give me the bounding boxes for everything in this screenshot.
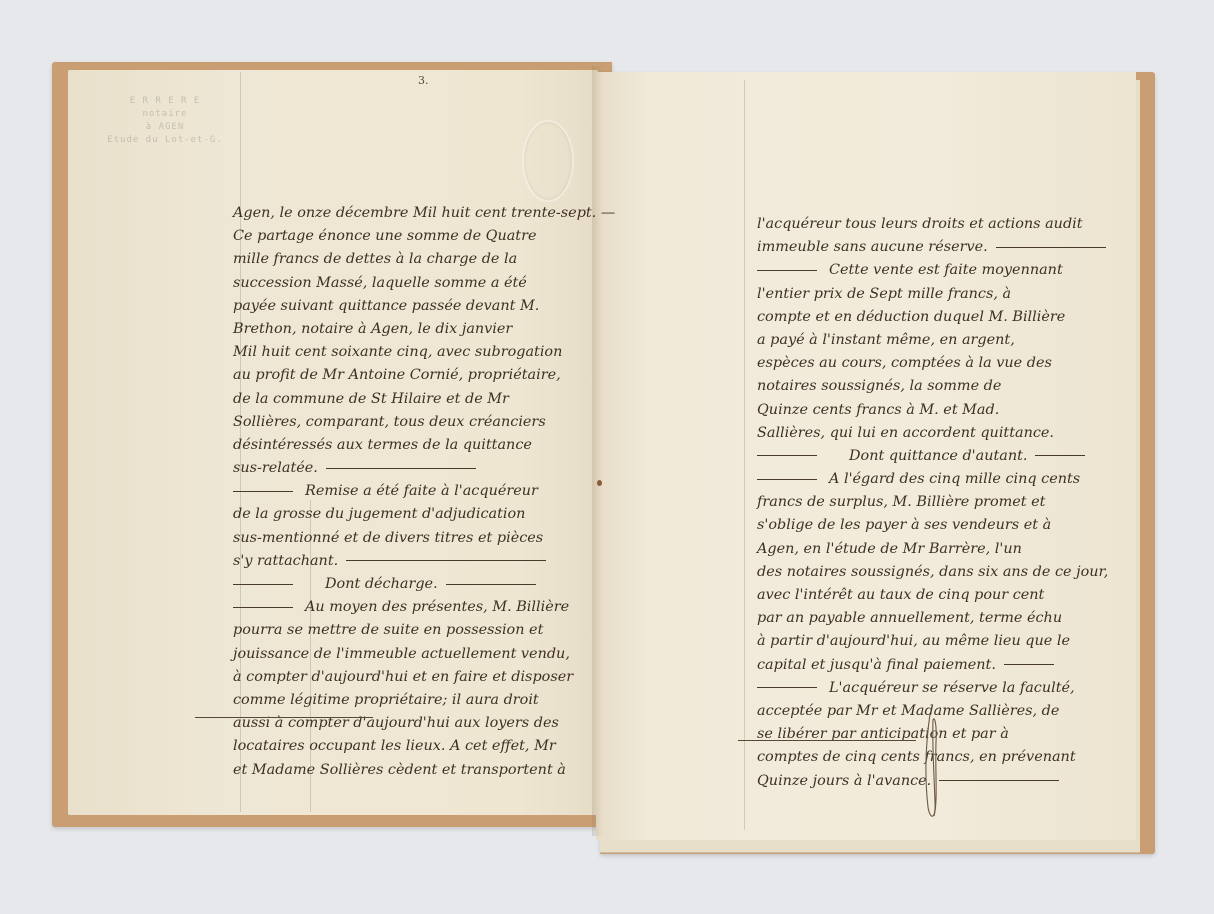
text-span: immeuble sans aucune réserve. xyxy=(757,239,988,255)
text-line: capital et jusqu'à final paiement. xyxy=(757,654,1127,677)
text-line: et Madame Sollières cèdent et transporte… xyxy=(233,759,593,782)
line-filler xyxy=(757,479,817,480)
text-line: Ce partage énonce une somme de Quatre xyxy=(233,225,593,248)
text-line: A l'égard des cinq mille cinq cents xyxy=(757,468,1127,491)
text-line: compte et en déduction duquel M. Billièr… xyxy=(757,306,1127,329)
text-line: avec l'intérêt au taux de cinq pour cent xyxy=(757,584,1127,607)
text-line: francs de surplus, M. Billière promet et xyxy=(757,491,1127,514)
text-line: a payé à l'instant même, en argent, xyxy=(757,329,1127,352)
text-span: Cette vente est faite moyennant xyxy=(829,262,1063,278)
text-span: A l'égard des cinq mille cinq cents xyxy=(829,471,1080,487)
text-line: jouissance de l'immeuble actuellement ve… xyxy=(233,643,593,666)
text-line: notaires soussignés, la somme de xyxy=(757,375,1127,398)
line-filler xyxy=(233,584,293,585)
closing-rule xyxy=(738,740,916,741)
text-line: Dont quittance d'autant. xyxy=(757,445,1127,468)
text-line: Agen, en l'étude de Mr Barrère, l'un xyxy=(757,538,1127,561)
text-line: pourra se mettre de suite en possession … xyxy=(233,619,593,642)
text-line: comme légitime propriétaire; il aura dro… xyxy=(233,689,593,712)
text-line: espèces au cours, comptées à la vue des xyxy=(757,352,1127,375)
stamp-line: à AGEN xyxy=(100,121,230,134)
text-line: Remise a été faite à l'acquéreur xyxy=(233,480,593,503)
text-line: Sallières, qui lui en accordent quittanc… xyxy=(757,422,1127,445)
line-filler xyxy=(1004,664,1054,665)
binding-hole xyxy=(597,480,602,486)
text-line: Agen, le onze décembre Mil huit cent tre… xyxy=(233,202,593,225)
text-line: à compter d'aujourd'hui et en faire et d… xyxy=(233,666,593,689)
signature-flourish-icon xyxy=(918,712,948,822)
text-line: de la commune de St Hilaire et de Mr xyxy=(233,388,593,411)
text-line: s'y rattachant. xyxy=(233,550,593,573)
text-line: L'acquéreur se réserve la faculté, xyxy=(757,677,1127,700)
line-filler xyxy=(233,491,293,492)
text-line: de la grosse du jugement d'adjudication xyxy=(233,503,593,526)
text-line: Sollières, comparant, tous deux créancie… xyxy=(233,411,593,434)
right-page-text: l'acquéreur tous leurs droits et actions… xyxy=(757,213,1127,793)
stamp-line: E R R E R E xyxy=(100,95,230,108)
left-page-text: Agen, le onze décembre Mil huit cent tre… xyxy=(233,202,593,782)
text-span: Remise a été faite à l'acquéreur xyxy=(305,483,538,499)
closing-rule xyxy=(195,717,373,718)
line-filler xyxy=(939,780,1059,781)
embossed-stamp: E R R E R E notaire à AGEN Etude du Lot-… xyxy=(100,95,230,147)
text-line: Brethon, notaire à Agen, le dix janvier xyxy=(233,318,593,341)
text-line: mille francs de dettes à la charge de la xyxy=(233,248,593,271)
text-span: Au moyen des présentes, M. Billière xyxy=(305,599,569,615)
text-line: Cette vente est faite moyennant xyxy=(757,259,1127,282)
line-filler xyxy=(326,468,476,469)
text-line: Quinze cents francs à M. et Mad. xyxy=(757,399,1127,422)
right-margin-rule xyxy=(744,80,745,830)
text-span: s'y rattachant. xyxy=(233,553,338,569)
section-heading: Dont décharge. xyxy=(325,576,438,592)
section-heading: Dont quittance d'autant. xyxy=(849,448,1027,464)
text-line: s'oblige de les payer à ses vendeurs et … xyxy=(757,514,1127,537)
text-line: l'entier prix de Sept mille francs, à xyxy=(757,283,1127,306)
line-filler xyxy=(996,247,1106,248)
line-filler xyxy=(757,687,817,688)
text-line: payée suivant quittance passée devant M. xyxy=(233,295,593,318)
text-line: aussi à compter d'aujourd'hui aux loyers… xyxy=(233,712,593,735)
text-line: immeuble sans aucune réserve. xyxy=(757,236,1127,259)
text-span: Quinze jours à l'avance. xyxy=(757,773,931,789)
text-span: L'acquéreur se réserve la faculté, xyxy=(829,680,1075,696)
book-gutter xyxy=(592,66,610,836)
text-line: Mil huit cent soixante cinq, avec subrog… xyxy=(233,341,593,364)
line-filler xyxy=(346,560,546,561)
text-span: capital et jusqu'à final paiement. xyxy=(757,657,996,673)
line-filler xyxy=(233,607,293,608)
text-line: par an payable annuellement, terme échu xyxy=(757,607,1127,630)
text-line: des notaires soussignés, dans six ans de… xyxy=(757,561,1127,584)
text-line: sus-mentionné et de divers titres et piè… xyxy=(233,527,593,550)
text-line: Dont décharge. xyxy=(233,573,593,596)
page-number: 3. xyxy=(418,74,429,87)
stamp-line: Etude du Lot-et-G. xyxy=(100,134,230,147)
text-line: sus-relatée. xyxy=(233,457,593,480)
text-line: succession Massé, laquelle somme a été xyxy=(233,272,593,295)
text-line: Au moyen des présentes, M. Billière xyxy=(233,596,593,619)
text-span: sus-relatée. xyxy=(233,460,318,476)
text-line: l'acquéreur tous leurs droits et actions… xyxy=(757,213,1127,236)
line-filler xyxy=(757,270,817,271)
text-line: désintéressés aux termes de la quittance xyxy=(233,434,593,457)
embossed-seal xyxy=(522,120,574,202)
text-line: locataires occupant les lieux. A cet eff… xyxy=(233,735,593,758)
text-line: au profit de Mr Antoine Cornié, propriét… xyxy=(233,364,593,387)
text-line: à partir d'aujourd'hui, au même lieu que… xyxy=(757,630,1127,653)
line-filler xyxy=(446,584,536,585)
line-filler xyxy=(1035,455,1085,456)
line-filler xyxy=(757,455,817,456)
stamp-line: notaire xyxy=(100,108,230,121)
